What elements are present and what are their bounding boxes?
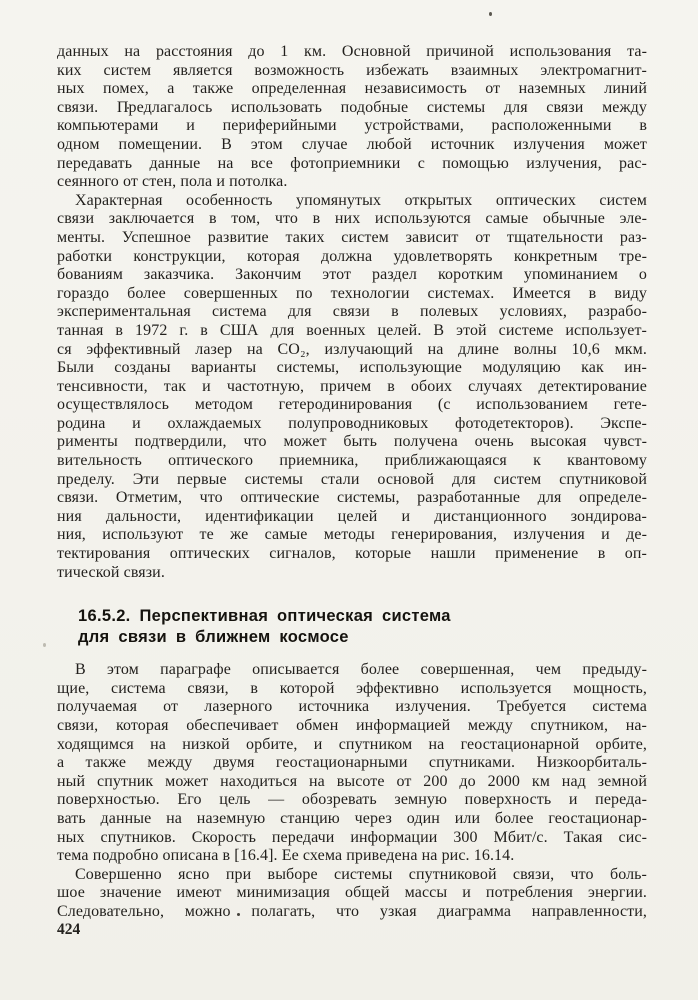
text-line: осуществлялось методом гетеродинирования…	[57, 396, 647, 415]
text-line: тема подробно описана в [16.4]. Ее схема…	[57, 847, 647, 866]
text-line: компьютерами и периферийными устройствам…	[57, 117, 647, 136]
text-line: ходящимся на низкой орбите, и спутником …	[57, 736, 647, 755]
text-column: данных на расстояния до 1 км. Основной п…	[57, 43, 647, 922]
text-line: менты. Успешное развитие таких систем за…	[57, 229, 647, 248]
text-line: ных спутников. Скорость передачи информа…	[57, 829, 647, 848]
text-line: ния, используют те же самые методы генер…	[57, 526, 647, 545]
text-line: а также между двумя геостационарными спу…	[57, 754, 647, 773]
text-line: гораздо более совершенных по технологии …	[57, 285, 647, 304]
text-line: ный спутник может находиться на высоте о…	[57, 773, 647, 792]
text-line: связи заключается в том, что в них испол…	[57, 210, 647, 229]
text-line: сеянного от стен, пола и потолка.	[57, 173, 647, 192]
section-heading-line: для связи в ближнем космосе	[78, 627, 647, 648]
text-line: вать данные на наземную станцию через од…	[57, 810, 647, 829]
text-line: связи. Предлагалось использовать подобны…	[57, 99, 647, 118]
paragraph: данных на расстояния до 1 км. Основной п…	[57, 43, 647, 192]
text-line: рименты подтвердили, что может быть полу…	[57, 433, 647, 452]
text-line: Следовательно, можно полагать, что узкая…	[57, 903, 647, 922]
text-line: связи. Отметим, что оптические системы, …	[57, 489, 647, 508]
text-line: Характерная особенность упомянутых откры…	[57, 192, 647, 211]
page-number: 424	[57, 921, 80, 939]
scan-speck	[489, 12, 492, 16]
text-line: бованиям заказчика. Закончим этот раздел…	[57, 266, 647, 285]
text-line: передавать данные на все фотоприемники с…	[57, 155, 647, 174]
text-line: работки конструкции, которая должна удов…	[57, 248, 647, 267]
text-line: поверхностью. Его цель — обозревать земн…	[57, 791, 647, 810]
text-line: Были созданы варианты системы, использую…	[57, 359, 647, 378]
text-line: одном помещении. В этом случае любой ист…	[57, 136, 647, 155]
text-line: ся эффективный лазер на CO₂, излучающий …	[57, 341, 647, 360]
text-line: данных на расстояния до 1 км. Основной п…	[57, 43, 647, 62]
text-line: тенсивности, так и частотную, причем в о…	[57, 378, 647, 397]
text-line: ких систем является возможность избежать…	[57, 62, 647, 81]
text-line: пределу. Эти первые системы стали осново…	[57, 471, 647, 490]
scan-speck	[43, 643, 46, 647]
paragraph: Характерная особенность упомянутых откры…	[57, 192, 647, 582]
text-line: ных помех, а также определенная независи…	[57, 80, 647, 99]
section-heading-line: 16.5.2. Перспективная оптическая система	[78, 606, 647, 627]
scanned-book-page: данных на расстояния до 1 км. Основной п…	[0, 0, 698, 1000]
paragraph: Совершенно ясно при выборе системы спутн…	[57, 866, 647, 922]
text-line: шое значение имеют минимизация общей мас…	[57, 884, 647, 903]
paragraph: В этом параграфе описывается более совер…	[57, 661, 647, 866]
text-line: В этом параграфе описывается более совер…	[57, 661, 647, 680]
scan-speck	[127, 107, 129, 109]
text-line: получаемая от лазерного источника излуче…	[57, 698, 647, 717]
text-line: ния дальности, идентификации целей и дис…	[57, 508, 647, 527]
text-line: тектирования оптических сигналов, которы…	[57, 545, 647, 564]
text-line: щие, система связи, в которой эффективно…	[57, 680, 647, 699]
text-line: тической связи.	[57, 564, 647, 583]
text-line: связи, которая обеспечивает обмен информ…	[57, 717, 647, 736]
text-line: родина и охлаждаемых полупроводниковых ф…	[57, 415, 647, 434]
text-line: танная в 1972 г. в США для военных целей…	[57, 322, 647, 341]
text-line: вительность оптического приемника, прибл…	[57, 452, 647, 471]
section-heading: 16.5.2. Перспективная оптическая система…	[78, 606, 647, 648]
scan-speck	[237, 913, 240, 916]
text-line: Совершенно ясно при выборе системы спутн…	[57, 866, 647, 885]
text-line: экспериментальная система для связи в по…	[57, 303, 647, 322]
